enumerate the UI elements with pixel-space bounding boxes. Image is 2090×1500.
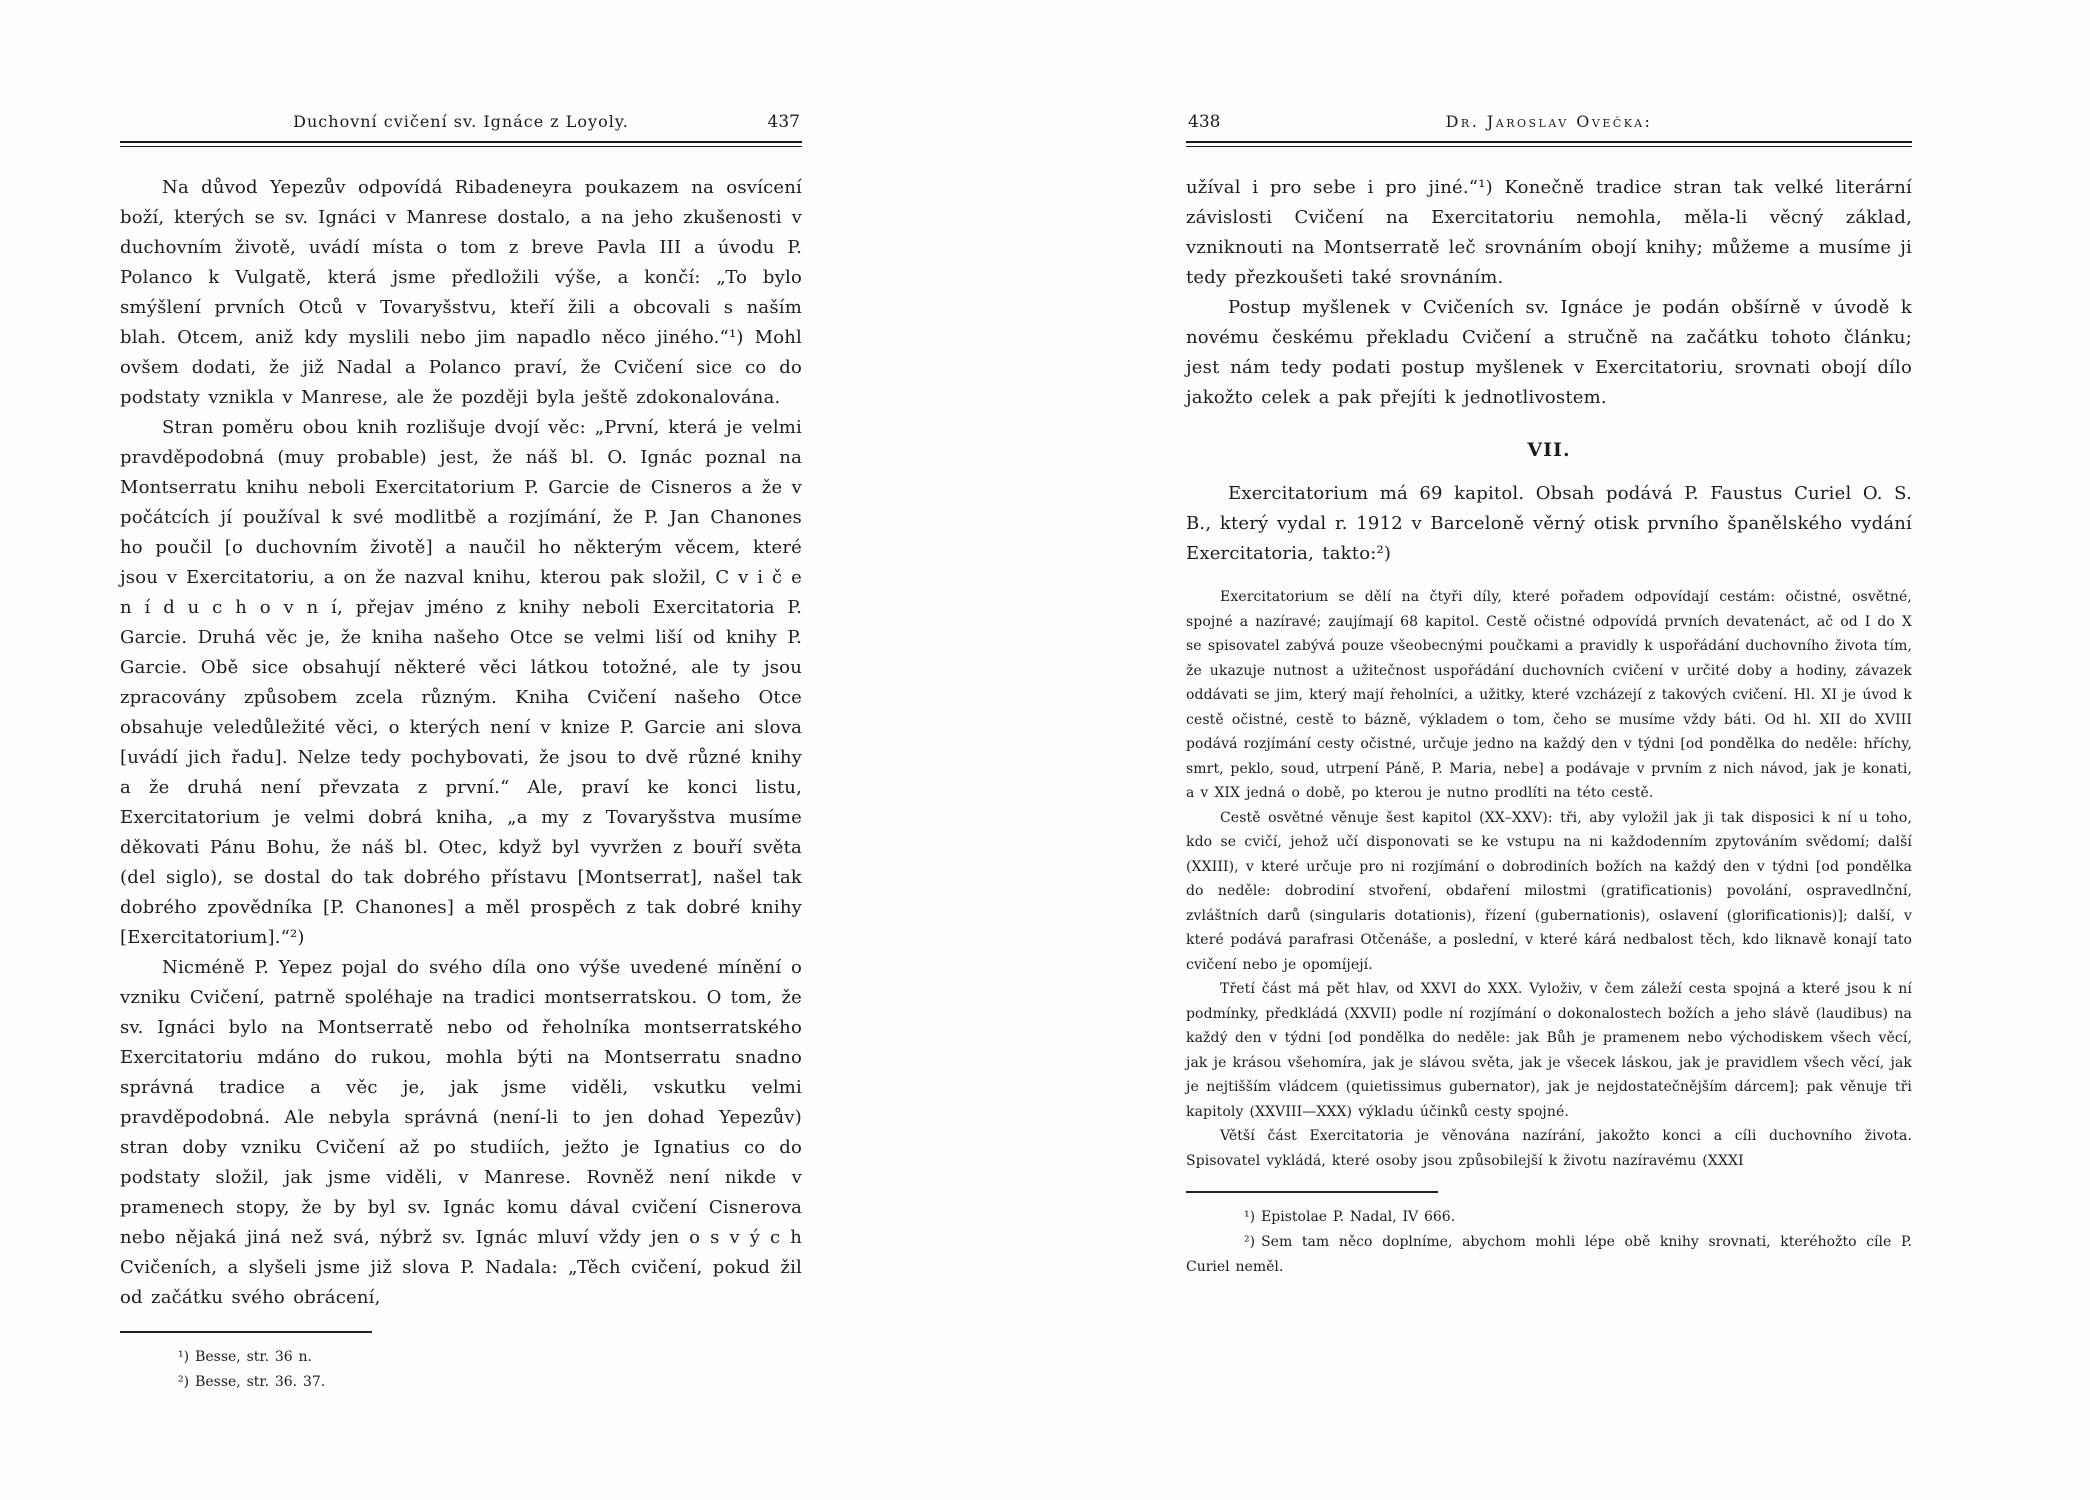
footnote-text: Besse, str. 36 n. [195, 1349, 312, 1365]
right-header-rule [1186, 141, 1912, 147]
left-page: Duchovní cvičení sv. Ignáce z Loyoly. 43… [120, 112, 802, 1395]
left-body: Na důvod Yepezův odpovídá Ribadeneyra po… [120, 173, 802, 1313]
small-paragraph: Třetí část má pět hlav, od XXVI do XXX. … [1186, 977, 1912, 1124]
footnote-marker: ¹) [178, 1349, 195, 1365]
footnote-text: Besse, str. 36. 37. [195, 1374, 325, 1390]
right-page-header: 438 Dr. Jaroslav Ovečka: [1186, 112, 1912, 138]
left-page-header: Duchovní cvičení sv. Ignáce z Loyoly. 43… [120, 112, 802, 138]
footnote-marker: ²) [178, 1374, 195, 1390]
right-footnotes: ¹)Epistolae P. Nadal, IV 666. ²)Sem tam … [1186, 1205, 1912, 1280]
right-body: užíval i pro sebe i pro jiné.“¹) Konečně… [1186, 173, 1912, 1173]
footnote-text: Epistolae P. Nadal, IV 666. [1261, 1209, 1455, 1225]
small-print-block: Exercitatorium se dělí na čtyři díly, kt… [1186, 585, 1912, 1173]
section-intro-paragraph: Exercitatorium má 69 kapitol. Obsah podá… [1186, 479, 1912, 569]
left-footnote-separator [120, 1331, 372, 1333]
right-page-number: 438 [1188, 112, 1220, 132]
paragraph: Na důvod Yepezův odpovídá Ribadeneyra po… [120, 173, 802, 413]
right-footnote-separator [1186, 1191, 1438, 1193]
right-page: 438 Dr. Jaroslav Ovečka: užíval i pro se… [1186, 112, 1912, 1280]
left-header-rule [120, 141, 802, 147]
left-page-number: 437 [768, 112, 800, 132]
paragraph: Nicméně P. Yepez pojal do svého díla ono… [120, 953, 802, 1313]
footnote: ¹)Besse, str. 36 n. [120, 1345, 802, 1370]
small-paragraph: Cestě osvětné věnuje šest kapitol (XX–XX… [1186, 806, 1912, 978]
paragraph: Postup myšlenek v Cvičeních sv. Ignáce j… [1186, 293, 1912, 413]
footnote-marker: ¹) [1244, 1209, 1261, 1225]
left-footnotes: ¹)Besse, str. 36 n. ²)Besse, str. 36. 37… [120, 1345, 802, 1395]
section-heading: VII. [1186, 439, 1912, 461]
right-running-title: Dr. Jaroslav Ovečka: [1446, 112, 1653, 131]
footnote-text: Sem tam něco doplníme, abychom mohli lép… [1186, 1234, 1912, 1275]
book-scan-spread: Duchovní cvičení sv. Ignáce z Loyoly. 43… [0, 0, 2090, 1500]
footnote: ¹)Epistolae P. Nadal, IV 666. [1186, 1205, 1912, 1230]
paragraph: užíval i pro sebe i pro jiné.“¹) Konečně… [1186, 173, 1912, 293]
paragraph: Stran poměru obou knih rozlišuje dvojí v… [120, 413, 802, 953]
footnote: ²)Sem tam něco doplníme, abychom mohli l… [1186, 1230, 1912, 1280]
footnote-marker: ²) [1244, 1234, 1261, 1250]
small-paragraph: Větší část Exercitatoria je věnována naz… [1186, 1124, 1912, 1173]
small-paragraph: Exercitatorium se dělí na čtyři díly, kt… [1186, 585, 1912, 806]
footnote: ²)Besse, str. 36. 37. [120, 1370, 802, 1395]
left-running-title: Duchovní cvičení sv. Ignáce z Loyoly. [293, 112, 629, 131]
